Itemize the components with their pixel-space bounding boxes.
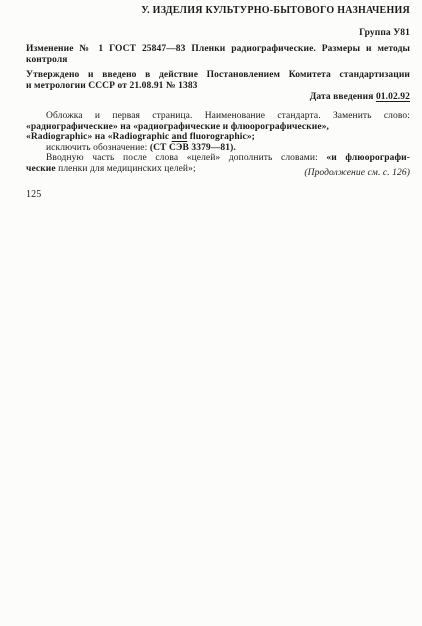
approval-paragraph: Утверждено и введено в действие Постанов… bbox=[26, 70, 410, 91]
approval-line-1: Утверждено и введено в действие Постанов… bbox=[26, 70, 410, 81]
body-line-3: «Radiographic» на «Radiographic and fluo… bbox=[26, 132, 410, 143]
section-header: У. ИЗДЕЛИЯ КУЛЬТУРНО-БЫТОВОГО НАЗНАЧЕНИЯ bbox=[26, 5, 410, 16]
document-page: У. ИЗДЕЛИЯ КУЛЬТУРНО-БЫТОВОГО НАЗНАЧЕНИЯ… bbox=[0, 0, 422, 626]
text-segment: исключить обозначение: bbox=[46, 143, 150, 153]
effective-date: Дата введения 01.02.92 bbox=[26, 92, 410, 103]
text-segment-bold: (СТ СЭВ 3379—81). bbox=[150, 143, 236, 153]
amendment-line-2: контроля bbox=[26, 55, 410, 66]
amendment-title: Изменение № 1 ГОСТ 25847—83 Пленки радио… bbox=[26, 44, 410, 65]
text-segment-underlined: and bbox=[172, 132, 188, 142]
body-line-1: Обложка и первая страница. Наименование … bbox=[26, 111, 410, 122]
text-segment: fluorographic»; bbox=[187, 132, 255, 142]
body-line-2: «радиографические» на «радиографические … bbox=[26, 122, 410, 133]
page-number: 125 bbox=[26, 190, 400, 201]
text-segment: «Radiographic» на «Radiographic bbox=[26, 132, 172, 142]
amendment-line-1: Изменение № 1 ГОСТ 25847—83 Пленки радио… bbox=[26, 44, 410, 55]
body-paragraph: Обложка и первая страница. Наименование … bbox=[26, 111, 410, 174]
effective-date-label: Дата введения bbox=[310, 92, 374, 102]
body-line-4: исключить обозначение: (СТ СЭВ 3379—81). bbox=[26, 143, 410, 154]
group-label: Группа У81 bbox=[26, 28, 410, 39]
body-line-5: Вводную часть после слова «целей» дополн… bbox=[26, 153, 410, 164]
effective-date-value: 01.02.92 bbox=[376, 92, 410, 102]
approval-line-2: и метрологии СССР от 21.08.91 № 1383 bbox=[26, 81, 410, 92]
continuation-note: (Продолжение см. с. 126) bbox=[26, 168, 410, 179]
text-segment-bold: «и флюорографи- bbox=[326, 153, 410, 163]
text-segment: Вводную часть после слова «целей» дополн… bbox=[46, 153, 326, 163]
